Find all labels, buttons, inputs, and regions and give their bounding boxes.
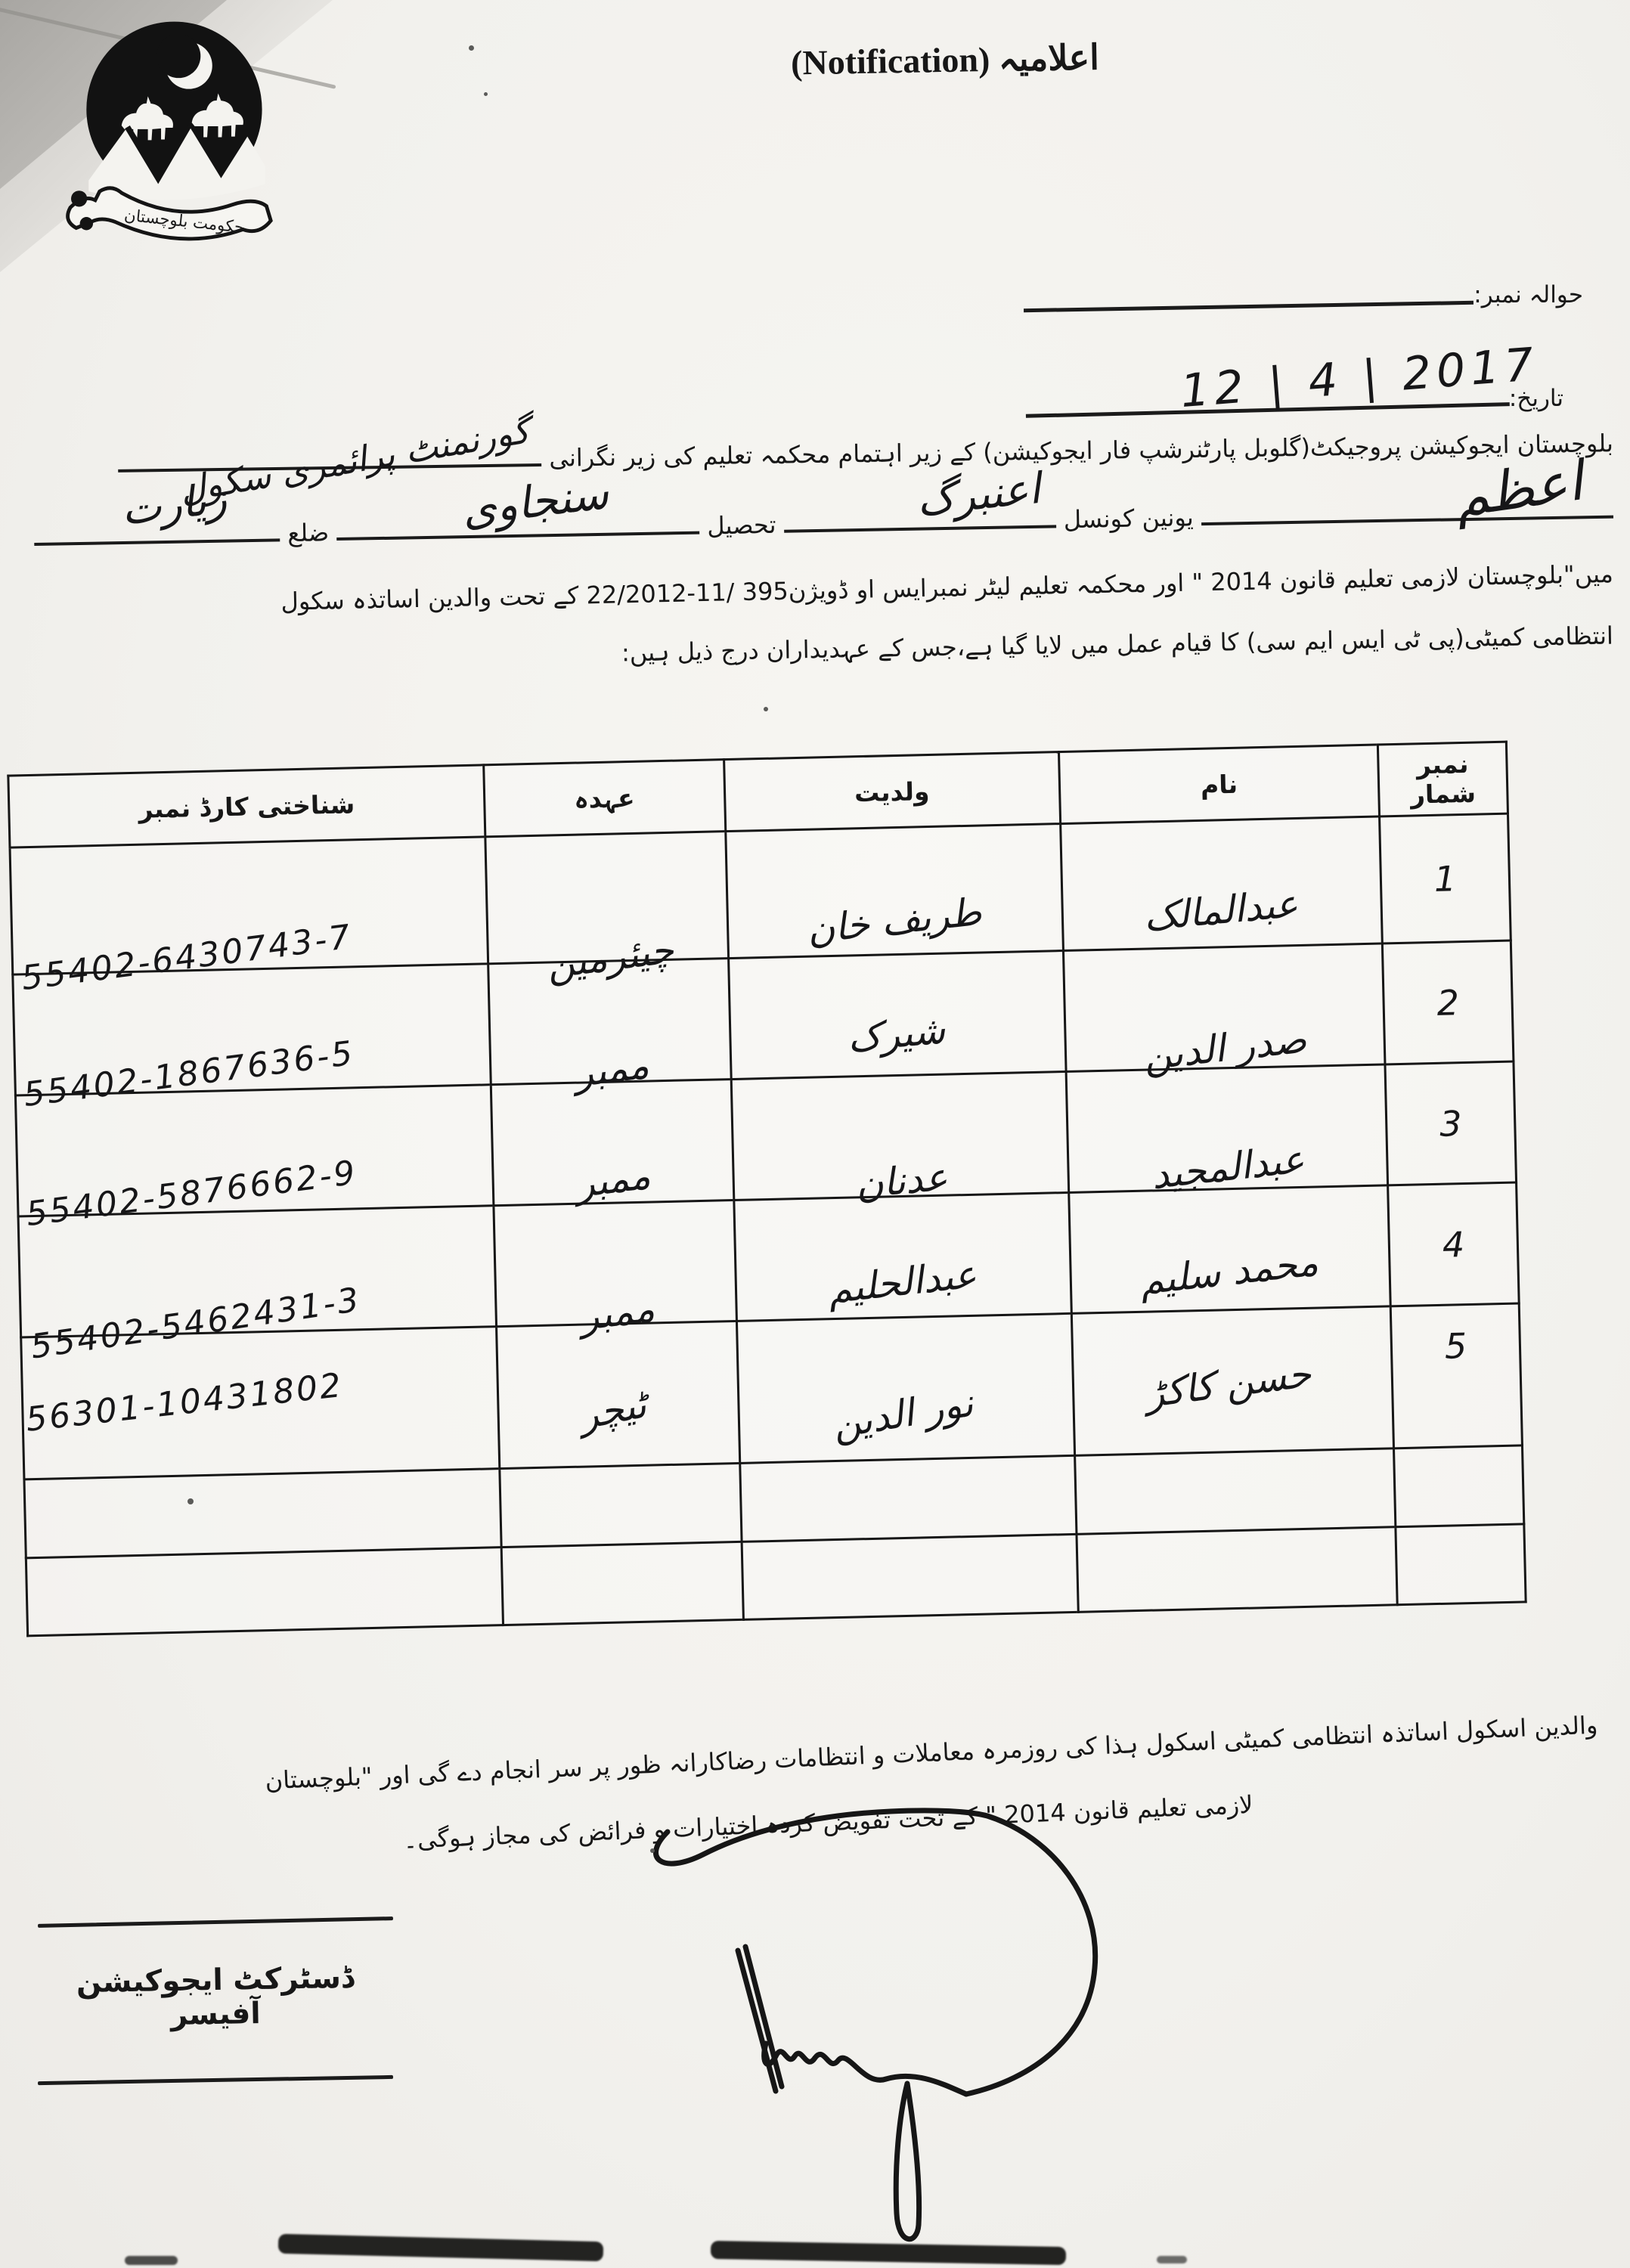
- header-cnic: شناختی کارڈ نمبر: [8, 765, 485, 847]
- father-name: شیرک: [845, 1008, 947, 1061]
- page-title: اعلامیہ (Notification): [673, 35, 1218, 85]
- serial-value: 1: [1433, 858, 1456, 900]
- body-line-1: بلوچستان ایجوکیشن پروجیکٹ(گلوبل پارٹنرشپ…: [17, 414, 1614, 494]
- balochistan-government-emblem: حکومت بلوچستان: [48, 14, 275, 263]
- father-name: عبدالحلیم: [826, 1252, 979, 1312]
- father-name: طریف خان: [804, 890, 984, 953]
- union-council-label: یونین کونسل: [1063, 503, 1194, 534]
- header-serial: نمبر شمار: [1378, 742, 1508, 816]
- officer-block: ڈسٹرکٹ ایجوکیشن آفیسر: [38, 1920, 393, 2082]
- member-name: عبدالمالک: [1142, 881, 1300, 940]
- scan-speck: [484, 92, 488, 96]
- body-line-3-text: میں"بلوچستان لازمی تعلیم قانون 2014 " او…: [280, 559, 1613, 616]
- district-blank: زیارت: [34, 513, 280, 546]
- committee-members-table: نمبر شمار نام ولدیت عہدہ شناختی کارڈ نمب…: [7, 741, 1526, 1637]
- serial-value: 2: [1436, 982, 1459, 1024]
- designation: ٹیچر: [575, 1382, 650, 1438]
- scan-speck: [650, 1848, 655, 1853]
- header-designation: عہدہ: [484, 760, 726, 837]
- designation: ممبر: [573, 1154, 652, 1207]
- father-name: نور الدین: [829, 1381, 976, 1447]
- scanned-notification-page: حکومت بلوچستان اعلامیہ (Notification) حو…: [0, 0, 1630, 2268]
- scan-speck: [187, 1498, 194, 1504]
- notification-body: بلوچستان ایجوکیشن پروجیکٹ(گلوبل پارٹنرشپ…: [17, 425, 1613, 679]
- designation: ممبر: [572, 1043, 652, 1096]
- header-father: ولدیت: [724, 752, 1060, 832]
- serial-value: 3: [1439, 1103, 1462, 1145]
- union-council-fill-handwritten: اعنبرگ: [914, 460, 1043, 531]
- serial-value: 5: [1444, 1325, 1467, 1367]
- school-name-blank: اعظم: [1201, 490, 1613, 526]
- district-fill-handwritten: زیارت: [118, 469, 230, 541]
- scanner-edge-band: [1157, 2256, 1187, 2263]
- date-blank-line: 12 | 4 | 2017: [1024, 349, 1510, 418]
- date-value-handwritten: 12 | 4 | 2017: [1179, 338, 1541, 418]
- member-name: محمد سلیم: [1137, 1240, 1320, 1303]
- reference-label: حوالہ نمبر:: [1474, 281, 1583, 308]
- tehsil-blank: سنجاوی: [336, 506, 700, 541]
- scanner-edge-band: [125, 2256, 178, 2265]
- body-line-4-text: انتظامی کمیٹی(پی ٹی ایس ایم سی) کا قیام …: [621, 621, 1613, 668]
- scanner-edge-band: [278, 2234, 604, 2261]
- designation: ممبر: [578, 1286, 657, 1339]
- title-text: اعلامیہ (Notification): [791, 38, 1100, 82]
- member-name: حسن کاکڑ: [1142, 1352, 1312, 1416]
- serial-value: 4: [1442, 1224, 1464, 1266]
- cnic-number: 56301-10431802: [24, 1366, 346, 1439]
- reference-blank-line: [1024, 301, 1474, 312]
- officer-title: ڈسٹرکٹ ایجوکیشن آفیسر: [36, 1921, 394, 2081]
- union-council-blank: اعنبرگ: [783, 499, 1056, 532]
- district-label: ضلع: [287, 518, 329, 547]
- scan-speck: [764, 707, 768, 711]
- father-name: عدنان: [854, 1154, 950, 1207]
- tehsil-label: تحصیل: [707, 510, 776, 541]
- school-blank: گورنمنٹ پرائمری سکول: [118, 438, 541, 472]
- reference-row: حوالہ نمبر:: [1019, 281, 1583, 308]
- scan-speck: [469, 45, 474, 51]
- header-name: نام: [1058, 745, 1379, 824]
- date-row: تاریخ: 12 | 4 | 2017: [1022, 355, 1563, 412]
- officer-signature: [611, 1790, 1185, 2268]
